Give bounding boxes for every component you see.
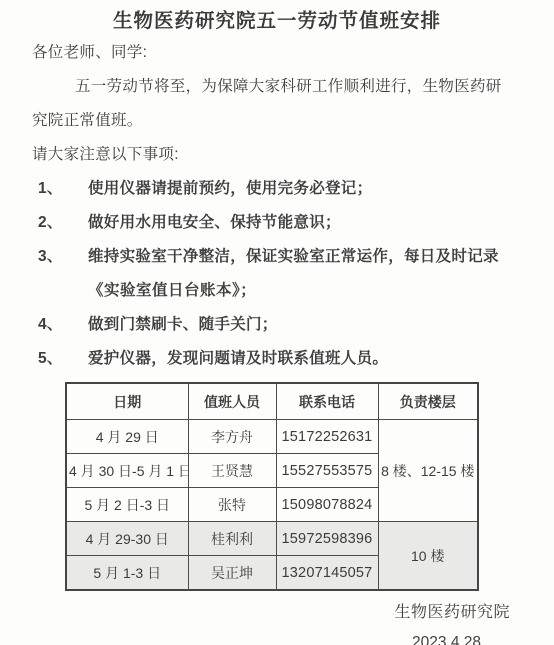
- floor-cell-group-bottom: 10 楼: [378, 522, 478, 591]
- phone-cell: 15098078824: [276, 488, 378, 522]
- item-text: 做好用水用电安全、保持节能意识；: [88, 206, 341, 240]
- notice-item-1: 1、 使用仪器请提前预约，使用完务必登记；: [38, 172, 554, 206]
- phone-cell: 13207145057: [276, 556, 378, 591]
- floor-cell-group-top: 8 楼、12-15 楼: [378, 420, 478, 522]
- date-cell: 4 月 29 日: [66, 420, 188, 454]
- person-cell: 张特: [188, 488, 276, 522]
- notice-item-3-continuation: 《实验室值日台账本》；: [88, 274, 554, 308]
- phone-cell: 15172252631: [276, 420, 378, 454]
- notice-item-5: 5、 爱护仪器，发现问题请及时联系值班人员。: [38, 342, 554, 376]
- notice-document: 生物医药研究院五一劳动节值班安排 各位老师、同学: 五一劳动节将至，为保障大家科…: [0, 0, 554, 645]
- phone-cell: 15972598396: [276, 522, 378, 556]
- item-number: 3、: [38, 240, 88, 274]
- header-date: 日期: [66, 383, 188, 420]
- notice-lead: 请大家注意以下事项:: [32, 138, 554, 172]
- table-header-row: 日期 值班人员 联系电话 负责楼层: [66, 383, 478, 420]
- item-number: 5、: [38, 342, 88, 376]
- phone-cell: 15527553575: [276, 454, 378, 488]
- table-row: 4 月 29 日 李方舟 15172252631 8 楼、12-15 楼: [66, 420, 478, 454]
- item-text: 做到门禁刷卡、随手关门；: [88, 308, 278, 342]
- person-cell: 李方舟: [188, 420, 276, 454]
- date-cell: 5 月 2 日-3 日: [66, 488, 188, 522]
- item-text: 使用仪器请提前预约，使用完务必登记；: [88, 172, 372, 206]
- greeting-line: 各位老师、同学:: [32, 36, 554, 70]
- notice-item-2: 2、 做好用水用电安全、保持节能意识；: [38, 206, 554, 240]
- intro-paragraph-line-2: 究院正常值班。: [32, 104, 554, 138]
- table-row: 4 月 29-30 日 桂利利 15972598396 10 楼: [66, 522, 478, 556]
- signature: 生物医药研究院: [0, 601, 554, 625]
- person-cell: 桂利利: [188, 522, 276, 556]
- item-number: 2、: [38, 206, 88, 240]
- page-title: 生物医药研究院五一劳动节值班安排: [0, 6, 554, 36]
- item-number: 4、: [38, 308, 88, 342]
- item-number: 1、: [38, 172, 88, 206]
- item-text: 爱护仪器，发现问题请及时联系值班人员。: [88, 342, 388, 376]
- date-cell: 5 月 1-3 日: [66, 556, 188, 591]
- header-person: 值班人员: [188, 383, 276, 420]
- document-date: 2023.4.28: [0, 633, 554, 645]
- notice-item-4: 4、 做到门禁刷卡、随手关门；: [38, 308, 554, 342]
- date-cell: 4 月 29-30 日: [66, 522, 188, 556]
- person-cell: 吴正坤: [188, 556, 276, 591]
- item-text: 维持实验室干净整洁，保证实验室正常运作，每日及时记录: [88, 240, 499, 274]
- date-cell: 4 月 30 日-5 月 1 日: [66, 454, 188, 488]
- duty-schedule-table: 日期 值班人员 联系电话 负责楼层 4 月 29 日 李方舟 151722526…: [65, 382, 479, 591]
- header-phone: 联系电话: [276, 383, 378, 420]
- intro-paragraph-line-1: 五一劳动节将至，为保障大家科研工作顺利进行，生物医药研: [75, 70, 554, 104]
- notice-item-3: 3、 维持实验室干净整洁，保证实验室正常运作，每日及时记录: [38, 240, 554, 274]
- person-cell: 王贤慧: [188, 454, 276, 488]
- header-floor: 负责楼层: [378, 383, 478, 420]
